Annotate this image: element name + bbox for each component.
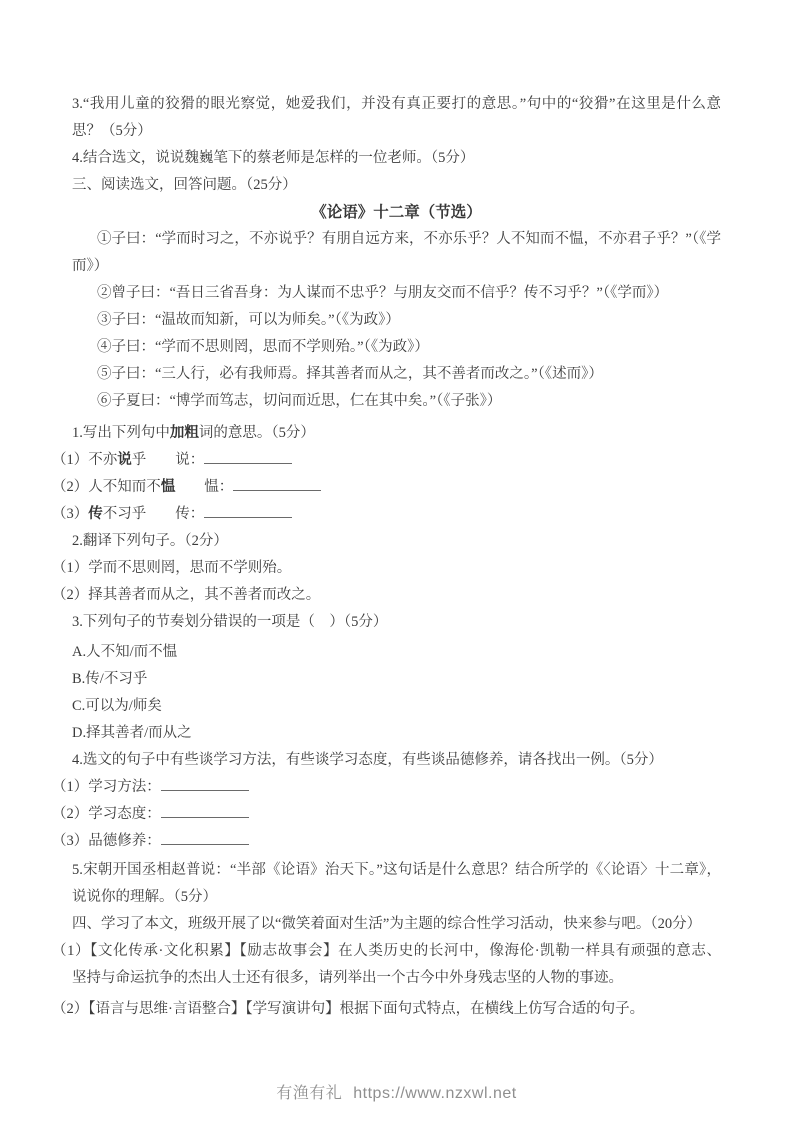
exam-page: 3.“我用儿童的狡猾的眼光察觉，她爱我们，并没有真正要打的意思。”句中的“狡猾”… <box>0 0 793 1122</box>
text-segment: ①子曰：“学而时习之，不亦说乎？有朋自远方来，不亦乐乎？人不知而不愠，不亦君子乎… <box>97 231 721 247</box>
text-segment: 说说你的理解。（5分） <box>72 889 217 905</box>
s4-q2: （2）【语言与思维·言语整合】【学写演讲句】根据下面句式特点，在横线上仿写合适的… <box>0 996 793 1023</box>
answer-blank <box>233 475 321 491</box>
text-segment: 愠： <box>175 479 233 495</box>
watermark-site-name: 有渔有礼 <box>276 1085 342 1102</box>
text-segment: 5.宋朝开国丞相赵普说：“半部《论语》治天下。”这句话是什么意思？结合所学的《〈… <box>72 862 721 878</box>
text-segment: （3）品德修养： <box>52 833 161 849</box>
s4-q1-line2: 坚持与命运抗争的杰出人士还有很多，请列举出一个古今中外身残志坚的人物的事迹。 <box>0 965 793 992</box>
text-segment: （1）不亦 <box>52 452 117 468</box>
q1-stem: 1.写出下列句中加粗词的意思。（5分） <box>0 420 793 447</box>
text-segment: 坚持与命运抗争的杰出人士还有很多，请列举出一个古今中外身残志坚的人物的事迹。 <box>72 970 623 986</box>
text-segment: 思？（5分） <box>72 123 152 139</box>
text-segment: 4.结合选文，说说魏巍笔下的蔡老师是怎样的一位老师。（5分） <box>72 150 474 166</box>
q5-line1: 5.宋朝开国丞相赵普说：“半部《论语》治天下。”这句话是什么意思？结合所学的《〈… <box>0 857 793 884</box>
text-segment: D.择其善者/而从之 <box>72 725 192 741</box>
text-segment: （2）学习态度： <box>52 806 161 822</box>
text-segment: ③子曰：“温故而知新，可以为师矣。”（《为政》） <box>97 312 400 328</box>
text-segment: （1）学而不思则罔，思而不学则殆。 <box>52 560 291 576</box>
text-segment: ②曾子曰：“吾日三省吾身：为人谋而不忠乎？与朋友交而不信乎？传不习乎？”（《学而… <box>97 285 668 301</box>
text-segment: B.传/不习乎 <box>72 671 147 687</box>
text-segment: （1）【文化传承·文化积累】【励志故事会】在人类历史的长河中，像海伦·凯勒一样具… <box>52 943 721 959</box>
text-segment: （3） <box>52 506 88 522</box>
answer-blank <box>204 502 292 518</box>
text-segment: 三、阅读选文，回答问题。（25分） <box>72 177 297 193</box>
section-4-header: 四、学习了本文，班级开展了以“微笑着面对生活”为主题的综合性学习活动，快来参与吧… <box>0 911 793 938</box>
q3-option-b: B.传/不习乎 <box>0 666 793 693</box>
q2-item-1: （1）学而不思则罔，思而不学则殆。 <box>0 555 793 582</box>
emphasized-term: 加粗 <box>170 425 199 441</box>
exam-document-body: 3.“我用儿童的狡猾的眼光察觉，她爱我们，并没有真正要打的意思。”句中的“狡猾”… <box>0 0 793 1023</box>
q4-stem: 4.选文的句子中有些谈学习方法，有些谈学习态度，有些谈品德修养，请各找出一例。（… <box>0 747 793 774</box>
answer-blank <box>161 802 249 818</box>
q3-question-line2: 思？（5分） <box>0 118 793 145</box>
passage-item-1-line2: 而》） <box>0 253 793 280</box>
text-segment: C.可以为/师矣 <box>72 698 162 714</box>
text-segment: 1.写出下列句中 <box>72 425 170 441</box>
watermark-footer: 有渔有礼 https://www.nzxwl.net <box>0 1080 793 1103</box>
s4-q1-line1: （1）【文化传承·文化积累】【励志故事会】在人类历史的长河中，像海伦·凯勒一样具… <box>0 938 793 965</box>
q4-question: 4.结合选文，说说魏巍笔下的蔡老师是怎样的一位老师。（5分） <box>0 145 793 172</box>
section-3-header: 三、阅读选文，回答问题。（25分） <box>0 172 793 199</box>
q3-option-d: D.择其善者/而从之 <box>0 720 793 747</box>
emphasized-term: 说 <box>117 452 132 468</box>
text-segment: （1）学习方法： <box>52 779 161 795</box>
passage-item-2: ②曾子曰：“吾日三省吾身：为人谋而不忠乎？与朋友交而不信乎？传不习乎？”（《学而… <box>0 280 793 307</box>
text-segment: 乎 说： <box>132 452 205 468</box>
q3-option-c: C.可以为/师矣 <box>0 693 793 720</box>
q5-line2: 说说你的理解。（5分） <box>0 884 793 911</box>
passage-item-3: ③子曰：“温故而知新，可以为师矣。”（《为政》） <box>0 307 793 334</box>
text-segment: ④子曰：“学而不思则罔，思而不学则殆。”（《为政》） <box>97 339 429 355</box>
passage-item-1-line1: ①子曰：“学而时习之，不亦说乎？有朋自远方来，不亦乐乎？人不知而不愠，不亦君子乎… <box>0 226 793 253</box>
answer-blank <box>161 775 249 791</box>
answer-blank <box>204 448 292 464</box>
emphasized-term: 愠 <box>161 479 176 495</box>
text-segment: 《论语》十二章（节选） <box>311 204 482 221</box>
answer-blank <box>161 829 249 845</box>
text-segment: 不习乎 传： <box>103 506 205 522</box>
q3-stem: 3.下列句子的节奏划分错误的一项是（ ）（5分） <box>0 609 793 636</box>
q3-question-line1: 3.“我用儿童的狡猾的眼光察觉，她爱我们，并没有真正要打的意思。”句中的“狡猾”… <box>0 91 793 118</box>
passage-item-4: ④子曰：“学而不思则罔，思而不学则殆。”（《为政》） <box>0 334 793 361</box>
passage-item-5: ⑤子曰：“三人行，必有我师焉。择其善者而从之，其不善者而改之。”（《述而》） <box>0 361 793 388</box>
text-segment: 四、学习了本文，班级开展了以“微笑着面对生活”为主题的综合性学习活动，快来参与吧… <box>72 916 701 932</box>
passage-item-6: ⑥子夏曰：“博学而笃志，切问而近思，仁在其中矣。”（《子张》） <box>0 388 793 415</box>
text-segment: 3.下列句子的节奏划分错误的一项是（ ）（5分） <box>72 614 387 630</box>
text-segment: （2）人不知而不 <box>52 479 161 495</box>
text-segment: A.人不知/而不愠 <box>72 644 177 660</box>
q2-stem: 2.翻译下列句子。（2分） <box>0 528 793 555</box>
text-segment: ⑥子夏曰：“博学而笃志，切问而近思，仁在其中矣。”（《子张》） <box>97 393 501 409</box>
q4-item-1: （1）学习方法： <box>0 774 793 801</box>
q4-item-3: （3）品德修养： <box>0 828 793 855</box>
q1-item-2: （2）人不知而不愠 愠： <box>0 474 793 501</box>
watermark-url: https://www.nzxwl.net <box>353 1085 516 1102</box>
text-segment: 而》） <box>72 258 108 274</box>
q4-item-2: （2）学习态度： <box>0 801 793 828</box>
q1-item-3: （3）传不习乎 传： <box>0 501 793 528</box>
emphasized-term: 传 <box>88 506 103 522</box>
text-segment: （2）择其善者而从之，其不善者而改之。 <box>52 587 320 603</box>
text-segment: 词的意思。（5分） <box>199 425 315 441</box>
text-segment: （2）【语言与思维·言语整合】【学写演讲句】根据下面句式特点，在横线上仿写合适的… <box>52 1001 644 1017</box>
q1-item-1: （1）不亦说乎 说： <box>0 447 793 474</box>
text-segment: 2.翻译下列句子。（2分） <box>72 533 228 549</box>
q2-item-2: （2）择其善者而从之，其不善者而改之。 <box>0 582 793 609</box>
passage-title: 《论语》十二章（节选） <box>0 199 793 226</box>
q3-option-a: A.人不知/而不愠 <box>0 639 793 666</box>
text-segment: 4.选文的句子中有些谈学习方法，有些谈学习态度，有些谈品德修养，请各找出一例。（… <box>72 752 663 768</box>
text-segment: ⑤子曰：“三人行，必有我师焉。择其善者而从之，其不善者而改之。”（《述而》） <box>97 366 603 382</box>
text-segment: 3.“我用儿童的狡猾的眼光察觉，她爱我们，并没有真正要打的意思。”句中的“狡猾”… <box>72 96 721 112</box>
